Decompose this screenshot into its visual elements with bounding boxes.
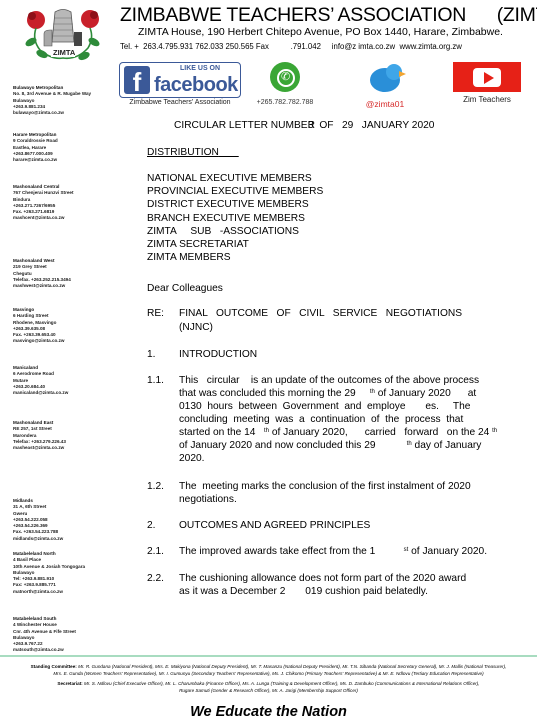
para-line: concluding meeting was a continuation of… — [179, 414, 463, 427]
office-email[interactable]: matnorth@zimta.co.zw — [13, 589, 85, 595]
twitter-badge[interactable]: @zimta01 — [360, 62, 410, 109]
motto: We Educate the Nation — [0, 704, 537, 720]
office-detail: No. 8, 3rd Avenue & R. Mugabe Way — [13, 91, 91, 97]
office-entry: Harare Metropolitan9 Coraldrossie RoadEa… — [13, 132, 58, 163]
para-2-2-line2: as it was a December 2 019 cushion paid … — [179, 586, 428, 599]
office-email[interactable]: masvingo@zimta.co.zw — [13, 338, 64, 344]
para-line: that was concluded this morning the 29 t… — [179, 388, 476, 401]
para-line: This circular is an update of the outcom… — [179, 375, 479, 388]
para-2-2-line1: The cushioning allowance does not form p… — [179, 573, 466, 586]
re-subject-line1: FINAL OUTCOME OF CIVIL SERVICE NEGOTIATI… — [179, 308, 462, 321]
office-email[interactable]: matsouth@zimta.co.zw — [13, 647, 76, 653]
distribution-item: BRANCH EXECUTIVE MEMBERS — [147, 213, 305, 226]
youtube-icon — [453, 62, 521, 92]
para-2-1: The improved awards take effect from the… — [179, 546, 487, 559]
office-email[interactable]: mashcent@zimta.co.zw — [13, 215, 74, 221]
circular-label: CIRCULAR LETTER NUMBER — [174, 120, 315, 133]
section-2-title: OUTCOMES AND AGREED PRINCIPLES — [179, 520, 370, 533]
org-contacts: Tel. + 263.4.795.931 762.033 250.565 Fax… — [120, 42, 462, 51]
footer-divider — [0, 655, 537, 657]
para-1-2-line1: The meeting marks the conclusion of the … — [179, 481, 471, 494]
office-email[interactable]: mashwest@zimta.co.zw — [13, 283, 71, 289]
office-entry: Mashonaland West219 Grey StreetChegutuTe… — [13, 258, 71, 289]
facebook-icon: f — [124, 66, 150, 94]
distribution-heading: DISTRIBUTION — [147, 147, 239, 160]
office-detail: 9 Coraldrossie Road — [13, 138, 58, 144]
office-detail: Fax. +263.54.223.788 — [13, 529, 63, 535]
office-entry: Midlands31 A, 6th StreetGweru+263.54.222… — [13, 498, 63, 542]
facebook-caption: Zimbabwe Teachers’ Association — [118, 99, 242, 106]
secretariat-line2: Rugare Samuti (Gender & Research Officer… — [0, 688, 537, 693]
para-1-2-line2: negotiations. — [179, 494, 237, 507]
office-email[interactable]: bulawayo@zimta.co.zw — [13, 110, 91, 116]
twitter-caption: @zimta01 — [360, 99, 410, 109]
facebook-like-label: LIKE US ON — [180, 65, 220, 72]
office-entry: Mashonaland Central767 Chenjerai Hunzvi … — [13, 184, 74, 222]
distribution-item: DISTRICT EXECUTIVE MEMBERS — [147, 199, 309, 212]
para-line: of January 2020 and now concluded this 2… — [179, 440, 481, 453]
youtube-caption: Zim Teachers — [452, 95, 522, 104]
secretariat-line1: Secretariat: Mr. S. Ndlovu (Chief Execut… — [0, 681, 537, 686]
facebook-wordmark: facebook — [154, 74, 238, 97]
office-entry: Matabeleland South4 Winchester HouseCnr.… — [13, 616, 76, 654]
standing-committee-line2: Mrs. E. Gunda (Women Teachers' Represent… — [0, 671, 537, 676]
distribution-item: ZIMTA SECRETARIAT — [147, 239, 249, 252]
standing-committee-line1: Standing Committee: Mr. R. Gundana (Nati… — [0, 664, 537, 669]
distribution-item: NATIONAL EXECUTIVE MEMBERS — [147, 173, 312, 186]
salutation: Dear Colleagues — [147, 283, 223, 296]
whatsapp-badge[interactable]: ✆ +265.782.782.788 — [255, 62, 315, 106]
section-1-number: 1. — [147, 349, 156, 362]
twitter-bird-icon — [364, 62, 406, 96]
office-entry: Bulawayo MetropolitanNo. 8, 3rd Avenue &… — [13, 85, 91, 116]
re-subject-line2: (NJNC) — [179, 322, 213, 335]
youtube-badge[interactable]: Zim Teachers — [452, 62, 522, 104]
org-title: ZIMBABWE TEACHERS’ ASSOCIATION (ZIMTA) — [120, 4, 537, 27]
para-2-2-number: 2.2. — [147, 573, 164, 586]
office-detail: 10th Avenue & Josiah Tongogara — [13, 564, 85, 570]
para-line: 2020. — [179, 453, 205, 466]
section-1-title: INTRODUCTION — [179, 349, 257, 362]
distribution-item: PROVINCIAL EXECUTIVE MEMBERS — [147, 186, 323, 199]
circular-number: 3 OF 29 JANUARY 2020 — [308, 120, 434, 133]
org-address: ZIMTA House, 190 Herbert Chitepo Avenue,… — [138, 26, 503, 38]
zimta-logo: ZIMTA — [22, 4, 104, 66]
whatsapp-icon: ✆ — [270, 62, 300, 92]
para-line: started on the 14 th of January 2020, ca… — [179, 427, 497, 440]
office-entry: Mashonaland EastRE 257, 1st StreetMarond… — [13, 420, 66, 451]
office-detail: 767 Chenjerai Hunzvi Street — [13, 190, 74, 196]
section-2-number: 2. — [147, 520, 156, 533]
whatsapp-caption: +265.782.782.788 — [255, 99, 315, 106]
office-email[interactable]: midlands@zimta.co.zw — [13, 536, 63, 542]
distribution-item: ZIMTA SUB -ASSOCIATIONS — [147, 226, 299, 239]
office-detail: Cnr. 4th Avenue & Fife Street — [13, 629, 76, 635]
office-entry: Masvingo6 Harding StreetRhodene, Masving… — [13, 307, 64, 345]
para-line: 0130 hours between Government and employ… — [179, 401, 470, 414]
re-label: RE: — [147, 308, 164, 321]
para-2-1-number: 2.1. — [147, 546, 164, 559]
para-1-1-number: 1.1. — [147, 375, 164, 388]
office-email[interactable]: manicaland@zimta.co.zw — [13, 390, 68, 396]
distribution-item: ZIMTA MEMBERS — [147, 252, 231, 265]
office-entry: Matabeleland North4 Basil Place10th Aven… — [13, 551, 85, 595]
para-1-2-number: 1.2. — [147, 481, 164, 494]
office-entry: Manicaland6 Aerodrome RoadMutare+263.20.… — [13, 365, 68, 396]
office-email[interactable]: masheast@zimta.co.zw — [13, 445, 66, 451]
office-email[interactable]: harare@zimta.co.zw — [13, 157, 58, 163]
logo-text: ZIMTA — [53, 48, 75, 57]
facebook-badge[interactable]: f LIKE US ON facebook Zimbabwe Teachers’… — [118, 62, 242, 106]
